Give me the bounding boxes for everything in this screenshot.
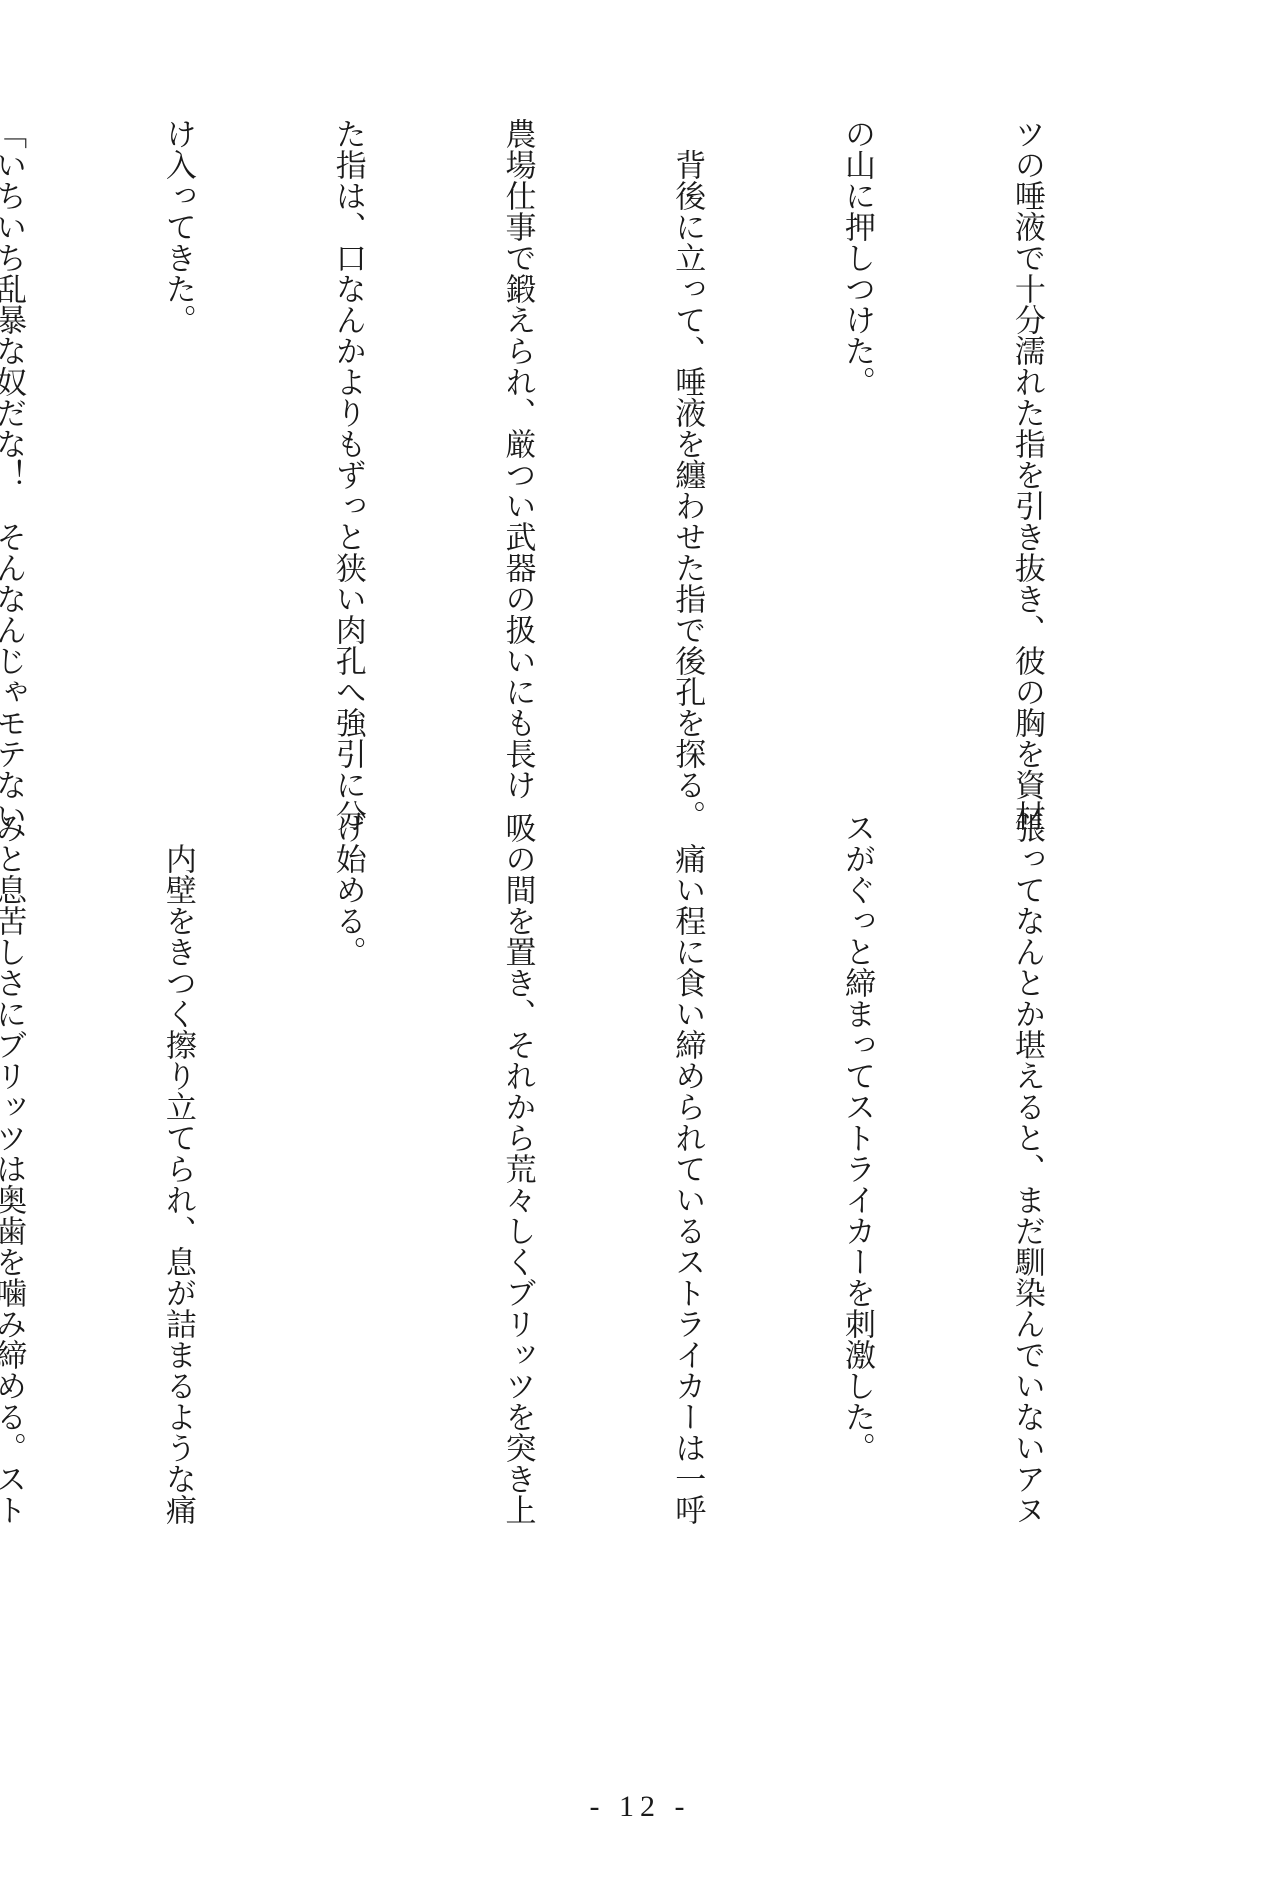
text-column: げ始める。 bbox=[319, 812, 376, 1482]
text-column: みと息苦しさにブリッツは奥歯を噛み締める。スト bbox=[0, 812, 36, 1482]
text-column: 痛い程に食い締められているストライカーは一呼 bbox=[659, 812, 716, 1482]
text-column: ツの唾液で十分濡れた指を引き抜き、彼の胸を資材 bbox=[998, 118, 1055, 788]
text-column: の山に押しつけた。 bbox=[828, 118, 885, 788]
upper-text-block: ツの唾液で十分濡れた指を引き抜き、彼の胸を資材 の山に押しつけた。 背後に立って… bbox=[112, 118, 1168, 788]
manuscript-page: ツの唾液で十分濡れた指を引き抜き、彼の胸を資材 の山に押しつけた。 背後に立って… bbox=[0, 0, 1280, 1885]
page-number: - 12 - bbox=[0, 1790, 1280, 1824]
text-column: 内壁をきつく擦り立てられ、息が詰まるような痛 bbox=[149, 812, 206, 1482]
text-column: け入ってきた。 bbox=[149, 118, 206, 788]
text-column: スがぐっと締まってストライカーを刺激した。 bbox=[828, 812, 885, 1482]
text-column: 吸の間を置き、それから荒々しくブリッツを突き上 bbox=[489, 812, 546, 1482]
text-column: た指は、口なんかよりもずっと狭い肉孔へ強引に分 bbox=[319, 118, 376, 788]
text-column: 「いちいち乱暴な奴だな！ そんなんじゃモテない bbox=[0, 118, 36, 788]
text-column: 張ってなんとか堪えると、まだ馴染んでいないアヌ bbox=[998, 812, 1055, 1482]
text-column: 農場仕事で鍛えられ、厳つい武器の扱いにも長け bbox=[489, 118, 546, 788]
text-column: 背後に立って、唾液を纏わせた指で後孔を探る。 bbox=[659, 118, 716, 788]
lower-text-block: 張ってなんとか堪えると、まだ馴染んでいないアヌ スがぐっと締まってストライカーを… bbox=[112, 812, 1168, 1482]
